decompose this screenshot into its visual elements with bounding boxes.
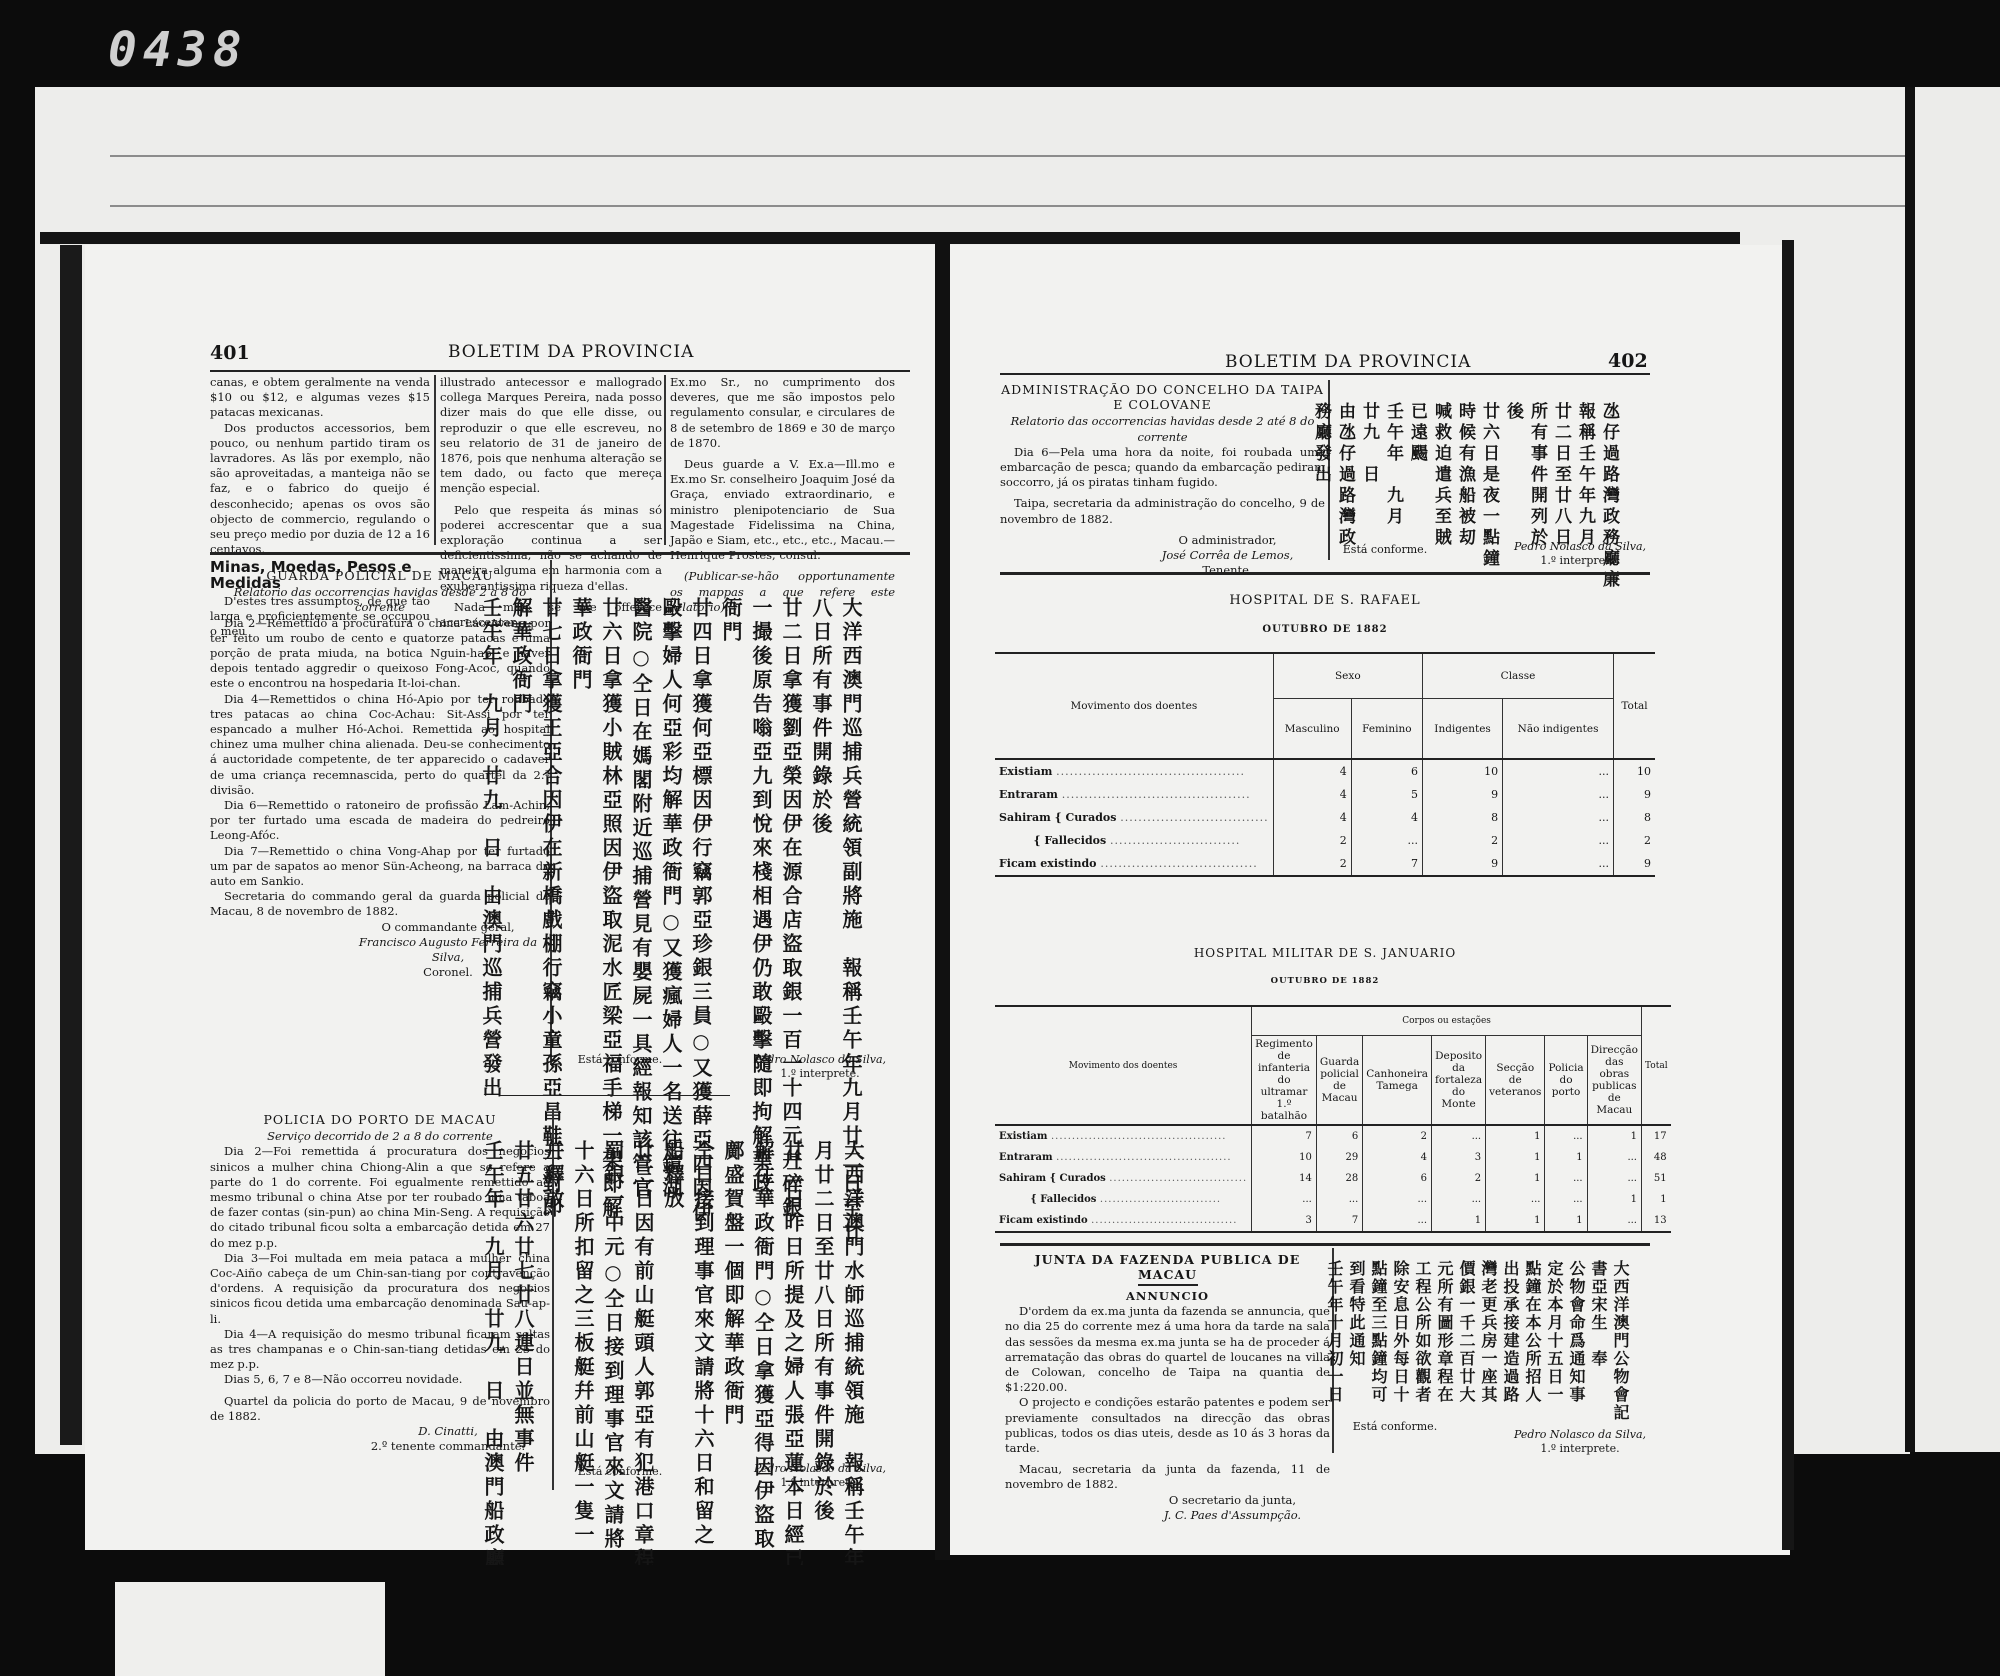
- cjk-column: 後: [1503, 402, 1523, 423]
- table-cell: ...: [1432, 1125, 1486, 1147]
- column-header: Movimento dos doentes: [995, 1006, 1252, 1125]
- taipa-report: ADMINISTRAÇÃO DO CONCELHO DA TAIPA E COL…: [1000, 380, 1325, 578]
- table-cell: 9: [1614, 852, 1656, 876]
- table-row: Ficam existindo ........................…: [995, 1210, 1671, 1232]
- signature-rank: Coronel.: [346, 965, 550, 980]
- signature-name: José Corrêa de Lemos,: [1130, 548, 1325, 563]
- page-number-right: 402: [1608, 350, 1648, 372]
- junta-fazenda-announcement: JUNTA DA FAZENDA PUBLICA DE MACAU ANNUNC…: [1005, 1250, 1330, 1523]
- cjk-column: 鄺盛賀盤一個即解華政衙門: [721, 1140, 745, 1428]
- paragraph: illustrado antecessor e mallogrado colle…: [440, 375, 662, 497]
- running-title-left: BOLETIM DA PROVINCIA: [448, 342, 694, 362]
- table-cell: ...: [1503, 783, 1614, 806]
- column-header: Regimento de infanteria do ultramar 1.º …: [1252, 1036, 1317, 1126]
- film-frame-id: 0438: [108, 22, 248, 78]
- section-rule: [1000, 572, 1650, 575]
- table-cell: ...: [1545, 1189, 1587, 1210]
- cjk-column: 一撮後原告嗡亞九到悅來棧相遇伊仍敢毆擊隨即拘解華政: [749, 597, 773, 1197]
- announcement-heading: ANNUNCIO: [1005, 1289, 1330, 1304]
- table-cell: 4: [1351, 806, 1422, 829]
- signature-line: O secretario da junta,: [1135, 1493, 1330, 1508]
- table-cell: ...: [1363, 1189, 1432, 1210]
- sheet-rule: [110, 205, 1910, 207]
- cjk-column: 廿二日昨日所提及之婦人張亞蓮本日經已: [781, 1140, 805, 1572]
- binding-shadow-left: [60, 245, 82, 1445]
- cjk-column: 幷釋放: [541, 1140, 565, 1212]
- table-row: Entraram ...............................…: [995, 783, 1655, 806]
- page-edge-shadow: [1782, 240, 1794, 1550]
- cjk-column: 點鐘至三點鐘均可: [1369, 1260, 1388, 1404]
- table-cell: ...: [1503, 759, 1614, 783]
- table-cell: 14: [1252, 1168, 1317, 1189]
- table-cell: 2: [1422, 829, 1502, 852]
- table-cell: 4: [1273, 806, 1351, 829]
- table-cell: 3: [1432, 1147, 1486, 1168]
- header-rule: [210, 370, 910, 372]
- cjk-column: 工程公所如欲觀者: [1413, 1260, 1432, 1404]
- table-cell: 9: [1422, 783, 1502, 806]
- table-cell: ...: [1587, 1210, 1641, 1232]
- table-cell: 10: [1614, 759, 1656, 783]
- table-cell: 6: [1351, 759, 1422, 783]
- row-label: Ficam existindo ........................…: [995, 1210, 1252, 1232]
- cjk-column: 八日所有事件開錄於後: [809, 597, 833, 837]
- table-cell: 5: [1351, 783, 1422, 806]
- table-cell: 48: [1641, 1147, 1670, 1168]
- paragraph: Dos productos accessorios, bem pouco, ou…: [210, 421, 430, 558]
- row-label: Sahiram { Curados ......................…: [995, 806, 1273, 829]
- table-cell: ...: [1503, 852, 1614, 876]
- table-cell: ...: [1351, 829, 1422, 852]
- table-cell: 2: [1432, 1168, 1486, 1189]
- cjk-column: 解華政衙門: [509, 597, 533, 717]
- paragraph: canas, e obtem geralmente na venda $10 o…: [210, 375, 430, 421]
- guarda-chinese-text: 大洋西澳門巡捕兵營統領副將施 報稱壬午年九月廿二日至廿 八日所有事件開錄於後 廿…: [556, 575, 896, 1035]
- table-cell: 9: [1614, 783, 1656, 806]
- table-cell: 8: [1422, 806, 1502, 829]
- column-header: Masculino: [1273, 699, 1351, 760]
- table-subtitle: OUTUBRO DE 1882: [1000, 976, 1650, 986]
- column-header: Feminino: [1351, 699, 1422, 760]
- hospital-januario-table: Movimento dos doentes Corpos ou estações…: [995, 1005, 1671, 1233]
- column-rule: [664, 375, 666, 545]
- table-row: { Fallecidos ...........................…: [995, 829, 1655, 852]
- section-title: JUNTA DA FAZENDA PUBLICA DE MACAU: [1005, 1252, 1330, 1282]
- cjk-column: 所有事件開列於: [1527, 402, 1547, 549]
- table-cell: 8: [1614, 806, 1656, 829]
- column-header: Secção de veteranos: [1486, 1036, 1545, 1126]
- column-header: Guarda policial de Macau: [1316, 1036, 1362, 1126]
- table-cell: 6: [1316, 1125, 1362, 1147]
- esta-conforme: Está conforme.: [565, 1465, 675, 1479]
- cjk-column: 由氹仔過路灣政: [1335, 402, 1355, 549]
- column-header: Total: [1641, 1006, 1670, 1125]
- cjk-column: 華政衙門: [569, 597, 593, 693]
- cjk-column: 廿六日是夜一點鐘: [1479, 402, 1499, 570]
- table-cell: 1: [1545, 1210, 1587, 1232]
- binding-shadow-top: [40, 232, 1740, 244]
- cjk-column: 定於本月十五日一: [1545, 1260, 1564, 1404]
- cjk-column: 灣老更兵房一座其: [1479, 1260, 1498, 1404]
- cjk-column: 元所有圖形章程在: [1435, 1260, 1454, 1404]
- table-title: HOSPITAL MILITAR DE S. JANUARIO: [1000, 946, 1650, 960]
- paragraph: Macau, secretaria da junta da fazenda, 1…: [1005, 1462, 1330, 1492]
- paragraph: D'ordem da ex.ma junta da fazenda se ann…: [1005, 1304, 1330, 1395]
- signature-line: O administrador,: [1130, 533, 1325, 548]
- cjk-column: 除安息日外每日十: [1391, 1260, 1410, 1404]
- title-rule: [1138, 1284, 1198, 1286]
- table-cell: 1: [1587, 1125, 1641, 1147]
- paper-slip: [115, 1582, 385, 1676]
- page-number-left: 401: [210, 342, 250, 364]
- group-header: Classe: [1422, 653, 1613, 699]
- cjk-column: 到看特此通知: [1347, 1260, 1366, 1368]
- paragraph: Deus guarde a V. Ex.a—Ill.mo e Ex.mo Sr.…: [670, 457, 895, 563]
- table-row: { Fallecidos ...........................…: [995, 1189, 1671, 1210]
- cjk-column: 解往華政衙門○仝日拿獲亞得因伊盜取: [751, 1140, 775, 1552]
- table-cell: 7: [1316, 1210, 1362, 1232]
- frame-border-right: [1905, 87, 1915, 1452]
- table-cell: 10: [1252, 1147, 1317, 1168]
- column-header: Policia do porto: [1545, 1036, 1587, 1126]
- cjk-column: 壬午年 九月 廿九 日 由澳門巡捕兵營發出: [479, 597, 503, 1101]
- sheet-rule: [110, 155, 1910, 157]
- table-cell: ...: [1587, 1168, 1641, 1189]
- signature-line: O commandante geral,: [346, 920, 550, 935]
- table-cell: 2: [1614, 829, 1656, 852]
- table-cell: 7: [1351, 852, 1422, 876]
- row-label: Entraram ...............................…: [995, 783, 1273, 806]
- table-cell: ...: [1503, 806, 1614, 829]
- table-cell: 1: [1486, 1147, 1545, 1168]
- paragraph: Ex.mo Sr., no cumprimento dos deveres, q…: [670, 375, 895, 451]
- cjk-column: 公物會命爲通知事: [1567, 1260, 1586, 1404]
- table-cell: 9: [1422, 852, 1502, 876]
- cjk-column: 衙門: [719, 597, 743, 645]
- section-title: ADMINISTRAÇÃO DO CONCELHO DA TAIPA E COL…: [1000, 382, 1325, 412]
- table-cell: 1: [1486, 1210, 1545, 1232]
- table-cell: 1: [1641, 1189, 1670, 1210]
- esta-conforme: Está conforme.: [1345, 1420, 1445, 1434]
- row-label: Entraram ...............................…: [995, 1147, 1252, 1168]
- table-cell: 10: [1422, 759, 1502, 783]
- row-label: Ficam existindo ........................…: [995, 852, 1273, 876]
- cjk-column: 點鐘在本公所招人: [1523, 1260, 1542, 1404]
- divider-ornament: [500, 1095, 730, 1096]
- column-header: Total: [1614, 653, 1656, 759]
- table-cell: 13: [1641, 1210, 1670, 1232]
- row-label: Sahiram { Curados ......................…: [995, 1168, 1252, 1189]
- paragraph: Taipa, secretaria da administração do co…: [1000, 496, 1325, 526]
- column-rule: [434, 375, 436, 545]
- cjk-column: 十六日所扣留之三板艇幷前山艇一隻一: [571, 1140, 595, 1548]
- paragraph: Dia 6—Pela uma hora da noite, foi roubad…: [1000, 445, 1325, 491]
- taipa-chinese-text: 氹仔過路灣政務廳廉 報稱壬午年九月 廿二日至廿八日 所有事件開列於 後 廿六日是…: [1335, 382, 1645, 542]
- table-cell: ...: [1503, 829, 1614, 852]
- table-cell: ...: [1545, 1168, 1587, 1189]
- cjk-column: 壬午年 九月: [1383, 402, 1403, 528]
- table-cell: ...: [1316, 1189, 1362, 1210]
- table-cell: 1: [1587, 1189, 1641, 1210]
- cjk-column: 務廳發出: [1311, 402, 1331, 486]
- porto-chinese-text: 大西洋澳門水師巡捕統領施 報稱壬午年九 月廿二日至廿八日所有事件開錄於後 廿二日…: [558, 1118, 898, 1478]
- signature-name: J. C. Paes d'Assumpção.: [1135, 1508, 1330, 1523]
- signature-name: Francisco Augusto Ferreira da Silva,: [346, 935, 550, 965]
- section-rule: [210, 552, 910, 555]
- row-label: { Fallecidos ...........................…: [995, 829, 1273, 852]
- interpreter-title: 1.º interprete.: [1510, 554, 1650, 568]
- interpreter-name: Pedro Nolasco da Silva,: [750, 1053, 890, 1067]
- table-cell: 1: [1432, 1210, 1486, 1232]
- cjk-column: 時候有漁船被刧: [1455, 402, 1475, 549]
- cjk-column: 出投承接建造過路: [1501, 1260, 1520, 1404]
- cjk-column: 價銀一千二百廿大: [1457, 1260, 1476, 1404]
- table-cell: ...: [1486, 1189, 1545, 1210]
- cjk-column: 廿五廿六廿七廿八連日並無事件: [511, 1140, 535, 1476]
- interpreter-title: 1.º interprete.: [750, 1067, 890, 1081]
- row-label: Existiam ...............................…: [995, 1125, 1252, 1147]
- table-cell: 7: [1252, 1125, 1317, 1147]
- table-cell: 1: [1545, 1147, 1587, 1168]
- table-cell: 3: [1252, 1210, 1317, 1232]
- interpreter-title: 1.º interprete.: [750, 1476, 890, 1490]
- table-subtitle: OUTUBRO DE 1882: [1000, 624, 1650, 635]
- cjk-column: 廿三日因有前山艇頭人郭亞有犯港口章程: [631, 1140, 655, 1572]
- cjk-column: 報稱壬午年九月: [1575, 402, 1595, 549]
- cjk-column: 大西洋澳門公物會記: [1611, 1260, 1630, 1422]
- table-cell: ...: [1363, 1210, 1432, 1232]
- running-title-right: BOLETIM DA PROVINCIA: [1225, 352, 1471, 372]
- row-label: { Fallecidos ...........................…: [995, 1189, 1252, 1210]
- table-cell: 6: [1363, 1168, 1432, 1189]
- table-cell: ...: [1432, 1189, 1486, 1210]
- cjk-column: 仝日接到理事官來文請將十六日和留之: [691, 1140, 715, 1548]
- table-cell: 4: [1273, 783, 1351, 806]
- cjk-column: 船釋放: [661, 1140, 685, 1212]
- interpreter-name: Pedro Nolasco da Silva,: [750, 1462, 890, 1476]
- interpreter-name: Pedro Nolasco da Silva,: [1510, 1428, 1650, 1442]
- book-gutter: [935, 240, 950, 1560]
- junta-chinese-text: 大西洋澳門公物會記 書亞宋生 奉 公物會命爲通知事 定於本月十五日一 點鐘在本公…: [1338, 1245, 1653, 1425]
- cjk-column: 喊救迫遣兵至賊: [1431, 402, 1451, 549]
- interpreter-title: 1.º interprete.: [1510, 1442, 1650, 1456]
- table-row: Ficam existindo ........................…: [995, 852, 1655, 876]
- table-cell: 4: [1363, 1147, 1432, 1168]
- group-header: Corpos ou estações: [1252, 1006, 1642, 1036]
- cjk-column: 廿九 日: [1359, 402, 1379, 486]
- group-header: Sexo: [1273, 653, 1422, 699]
- esta-conforme: Está conforme.: [1335, 543, 1435, 557]
- table-cell: ...: [1545, 1125, 1587, 1147]
- section-subtitle: Relatorio das occorrencias havidas desde…: [1000, 414, 1325, 444]
- table-cell: ...: [1252, 1189, 1317, 1210]
- paragraph: O projecto e condições estarão patentes …: [1005, 1395, 1330, 1456]
- hospital-rafael-table: Movimento dos doentes Sexo Classe Total …: [995, 652, 1655, 877]
- table-cell: ...: [1587, 1147, 1641, 1168]
- table-title: HOSPITAL DE S. RAFAEL: [1000, 593, 1650, 608]
- adjacent-sheet: [1915, 87, 2000, 1452]
- column-header: Indigentes: [1422, 699, 1502, 760]
- table-row: Sahiram { Curados ......................…: [995, 1168, 1671, 1189]
- cjk-column: 廿二日至廿八日: [1551, 402, 1571, 549]
- table-cell: 1: [1486, 1125, 1545, 1147]
- table-cell: 2: [1273, 852, 1351, 876]
- table-cell: 2: [1273, 829, 1351, 852]
- table-cell: 51: [1641, 1168, 1670, 1189]
- column-header: Canhoneira Tamega: [1363, 1036, 1432, 1126]
- cjk-column: 罰銀一中元○仝日接到理事官來文請將: [601, 1140, 625, 1552]
- cjk-column: 已遠颺: [1407, 402, 1427, 465]
- table-row: Existiam ...............................…: [995, 759, 1655, 783]
- interpreter-name: Pedro Nolasco da Silva,: [1510, 540, 1650, 554]
- column-header: Deposito da fortaleza do Monte: [1432, 1036, 1486, 1126]
- table-cell: 1: [1486, 1168, 1545, 1189]
- cjk-column: 大西洋澳門水師巡捕統領施 報稱壬午年九: [841, 1140, 865, 1596]
- signature-rank: Tenente.: [1130, 563, 1325, 578]
- table-row: Existiam ...............................…: [995, 1125, 1671, 1147]
- cjk-column: 壬午年十月初一日: [1325, 1260, 1344, 1404]
- table-cell: 4: [1273, 759, 1351, 783]
- table-cell: 29: [1316, 1147, 1362, 1168]
- cjk-column: 壬午年 九月 廿九 日 由澳門船政廳發出: [481, 1140, 505, 1620]
- table-row: Entraram ...............................…: [995, 1147, 1671, 1168]
- table-cell: 28: [1316, 1168, 1362, 1189]
- column-header: Movimento dos doentes: [995, 653, 1273, 759]
- table-cell: 2: [1363, 1125, 1432, 1147]
- column-header: Não indigentes: [1503, 699, 1614, 760]
- header-rule: [1000, 373, 1650, 375]
- esta-conforme: Está conforme.: [565, 1053, 675, 1067]
- cjk-column: 醫院○仝日在媽閣附近巡捕營見有嬰屍一具經報知該管官: [629, 597, 653, 1201]
- row-label: Existiam ...............................…: [995, 759, 1273, 783]
- table-row: Sahiram { Curados ......................…: [995, 806, 1655, 829]
- cjk-column: 書亞宋生 奉: [1589, 1260, 1608, 1368]
- table-cell: 17: [1641, 1125, 1670, 1147]
- cjk-column: 毆擊婦人何亞彩均解華政衙門○又獲瘋婦人一名送往鏡湖: [659, 597, 683, 1201]
- column-header: Direcção das obras publicas de Macau: [1587, 1036, 1641, 1126]
